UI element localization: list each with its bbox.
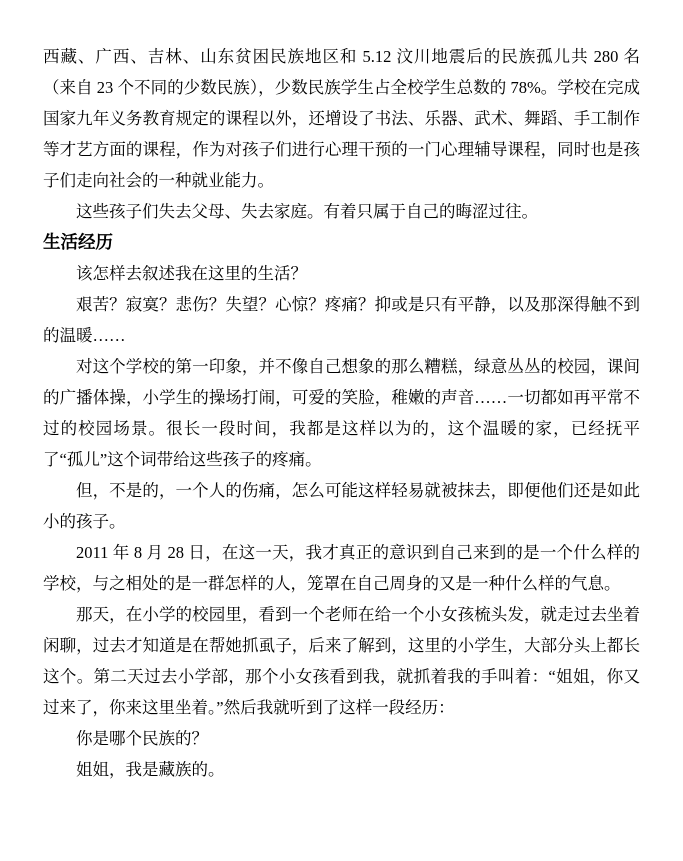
page: 西藏、广西、吉林、山东贫困民族地区和 5.12 汶川地震后的民族孤儿共 280 … <box>0 0 683 861</box>
paragraph-first-impression: 对这个学校的第一印象，并不像自己想象的那么糟糕，绿意丛丛的校园，课间的广播体操，… <box>43 351 640 475</box>
paragraph-date-realization: 2011 年 8 月 28 日，在这一天，我才真正的意识到自己来到的是一个什么样… <box>43 537 640 599</box>
paragraph-how-to-narrate: 该怎样去叙述我在这里的生活？ <box>43 258 640 289</box>
paragraph-answer-tibetan: 姐姐，我是藏族的。 <box>43 754 640 785</box>
paragraph-feelings-questions: 艰苦？寂寞？悲伤？失望？心惊？疼痛？抑或是只有平静，以及那深得触不到的温暖…… <box>43 289 640 351</box>
section-heading-life-experience: 生活经历 <box>43 227 640 258</box>
paragraph-children-past: 这些孩子们失去父母、失去家庭。有着只属于自己的晦涩过往。 <box>43 196 640 227</box>
paragraph-pain-not-erased: 但，不是的，一个人的伤痛，怎么可能这样轻易就被抹去，即便他们还是如此小的孩子。 <box>43 475 640 537</box>
paragraph-school-intro: 西藏、广西、吉林、山东贫困民族地区和 5.12 汶川地震后的民族孤儿共 280 … <box>43 41 640 196</box>
paragraph-schoolyard-story: 那天，在小学的校园里，看到一个老师在给一个小女孩梳头发，就走过去坐着闲聊，过去才… <box>43 599 640 723</box>
paragraph-question-ethnicity: 你是哪个民族的？ <box>43 723 640 754</box>
document-page: { "page": { "background_color": "#ffffff… <box>0 0 683 861</box>
